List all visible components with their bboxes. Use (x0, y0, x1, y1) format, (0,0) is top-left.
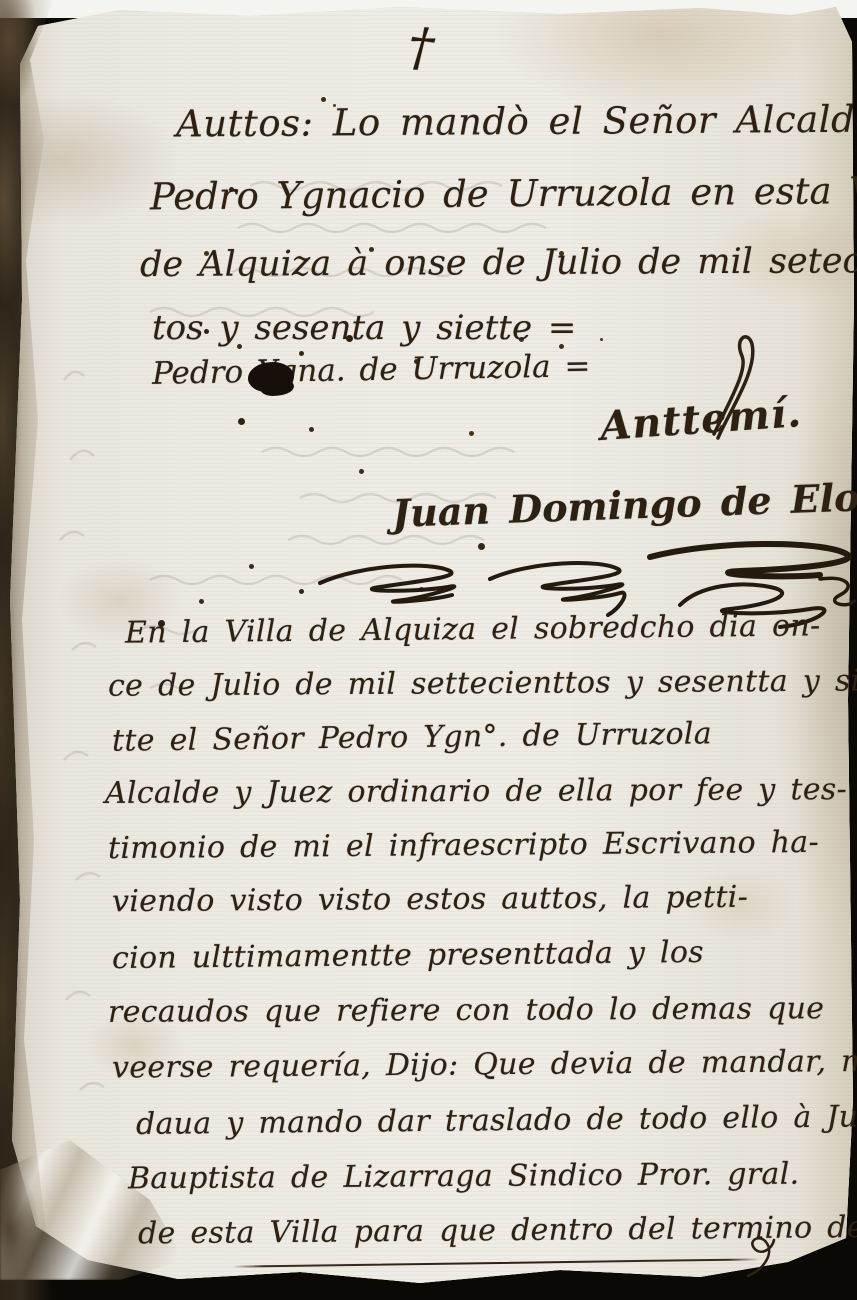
heading-line: Auttos: Lo mandò el Señor Alcalde (176, 98, 857, 146)
body-line: veerse requería, Dijo: Que devia de mand… (112, 1043, 857, 1085)
body-line: recaudos que refiere con todo lo demas q… (108, 991, 824, 1030)
heading-line: de Alquiza à onse de Julio de mil seteci… (140, 241, 857, 285)
body-line: tte el Señor Pedro Ygn°. de Urruzola (112, 716, 712, 758)
body-line: daua y mando dar traslado de todo ello à… (136, 1099, 857, 1142)
alcalde-signature: Pedro Ygna. de Urruzola = (152, 348, 591, 392)
heading-line: tos y sesenta y siette = (152, 308, 576, 348)
body-line: de esta Villa para que dentro del termin… (138, 1210, 857, 1252)
body-line: Alcalde y Juez ordinario de ella por fee… (105, 772, 847, 811)
body-line: cion ulttimamentte presenttada y los (112, 935, 704, 976)
body-line: En la Villa de Alquiza el sobredcho dia … (125, 608, 821, 650)
body-line: ce de Julio de mil settecienttos y sesen… (108, 663, 857, 703)
invocation-cross-mark: † (406, 17, 436, 79)
body-line: viendo visto visto estos auttos, la pett… (112, 880, 748, 919)
heading-line: Pedro Ygnacio de Urruzola en esta Villa (150, 169, 857, 219)
body-line: timonio de mi el infraescripto Escrivano… (108, 825, 819, 866)
body-line: Bauptista de Lizarraga Sindico Pror. gra… (128, 1157, 800, 1197)
